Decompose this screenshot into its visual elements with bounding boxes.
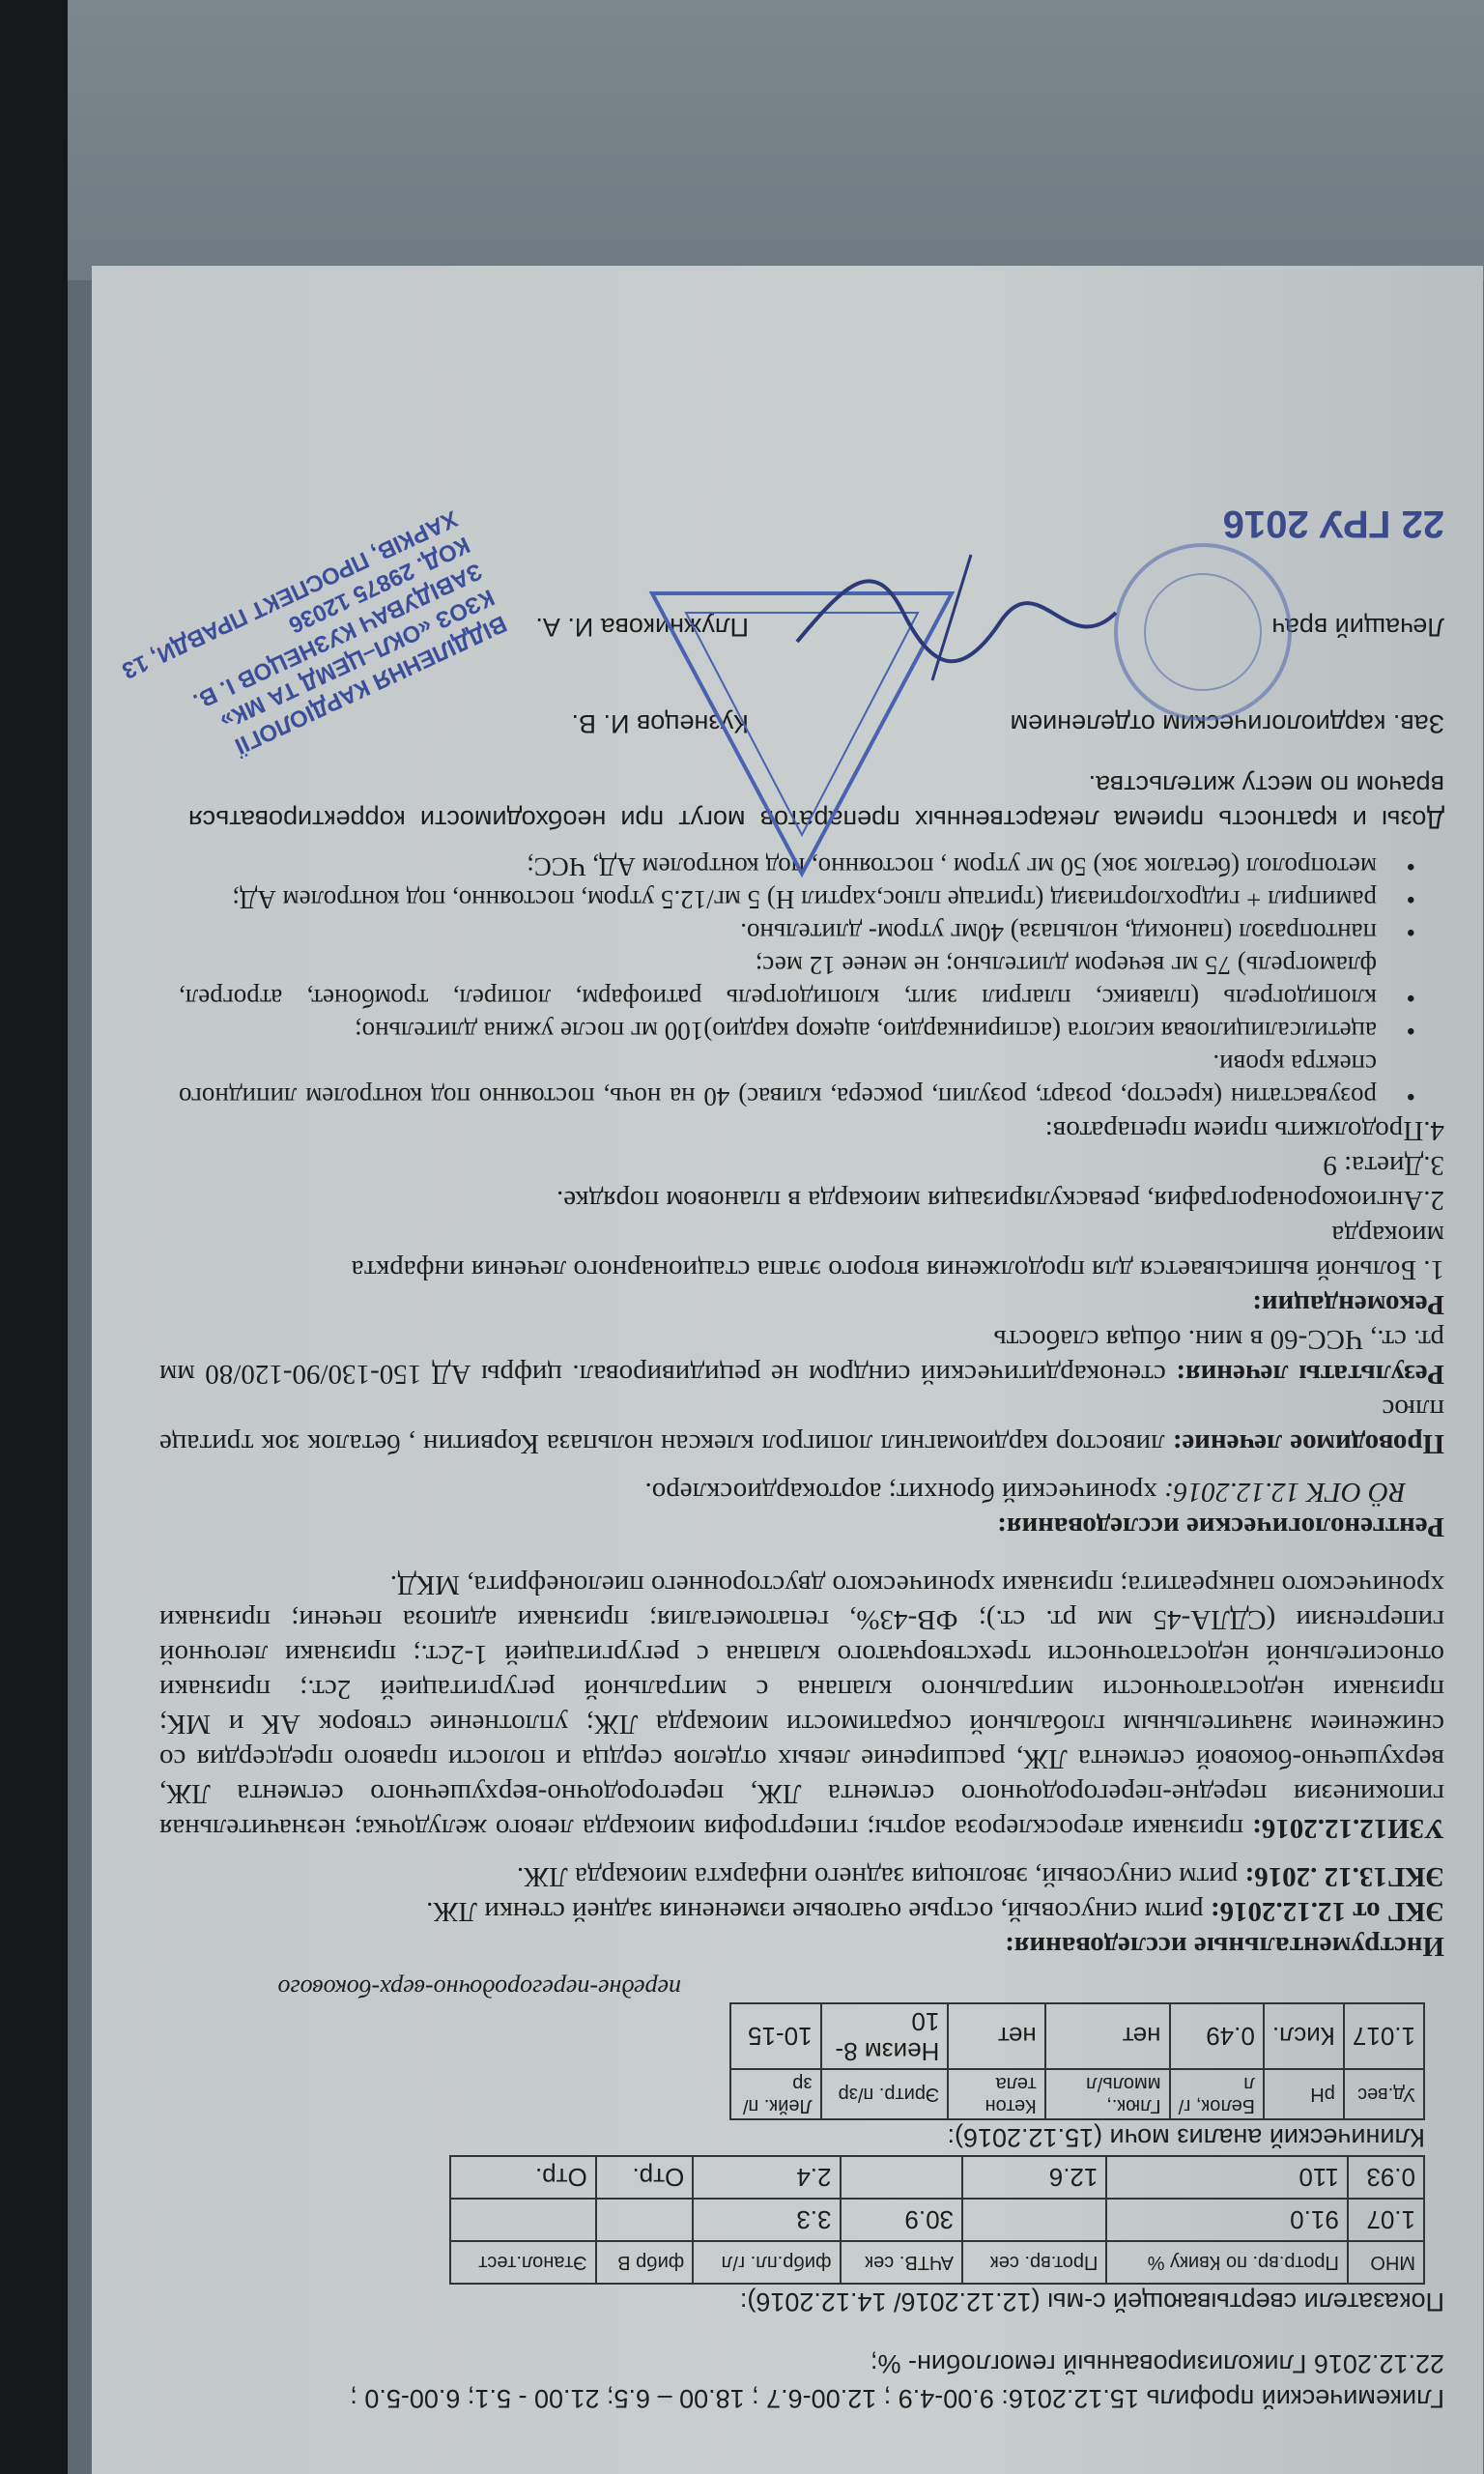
table-header-cell: pH bbox=[1264, 2069, 1344, 2119]
recommendations-list: 1. Больной выписывается для продолжения … bbox=[130, 1113, 1444, 1287]
table-cell: Отр. bbox=[450, 2156, 596, 2199]
stamp-date: 22 ГРУ 2016 bbox=[1223, 502, 1444, 545]
table-cell: 1.07 bbox=[1348, 2199, 1424, 2241]
table-header-cell: Прот.вр. сек bbox=[962, 2241, 1106, 2284]
urine-table: Уд.весpHБелок, г/лГлюк., ммоль/лКетон те… bbox=[729, 2002, 1425, 2120]
table-header-cell: Протр.вр. по Квику % bbox=[1106, 2241, 1347, 2284]
table-header-cell: АЧТВ. сек bbox=[841, 2241, 963, 2284]
handwritten-note: передне-перегородочно-верх-бокового bbox=[278, 1973, 682, 2002]
coagulation-table: МНОПротр.вр. по Квику %Прот.вр. секАЧТВ.… bbox=[449, 2155, 1425, 2285]
signature-icon bbox=[778, 545, 1126, 700]
table-header-cell: Эритр. п/зр bbox=[821, 2069, 949, 2119]
table-cell: 91.0 bbox=[1106, 2199, 1347, 2241]
drug-item: пантопразол (панокид, нольпаза) 40мг утр… bbox=[179, 916, 1444, 949]
round-stamp-icon bbox=[1106, 535, 1299, 729]
table-cell: 12.6 bbox=[962, 2156, 1106, 2199]
table-cell: 110 bbox=[1106, 2156, 1347, 2199]
xray-result: RÖ ОГК 12.12.2016: хронический бронхит; … bbox=[130, 1475, 1444, 1510]
treatment: Проводимое лечение: ливостор кардиомагни… bbox=[159, 1392, 1444, 1461]
background-surface bbox=[68, 0, 1484, 280]
table-cell: 1.017 bbox=[1344, 2003, 1424, 2069]
xray-title: Рентгенологические исследования: bbox=[130, 1510, 1444, 1544]
table-header-cell: фибр В bbox=[596, 2241, 694, 2284]
recommendation-item: 3.Диета: 9 bbox=[237, 1148, 1444, 1183]
table-cell bbox=[596, 2199, 694, 2241]
table-cell: 30.9 bbox=[841, 2199, 963, 2241]
table-header-cell: Лейк. п/зр bbox=[730, 2069, 821, 2119]
table-cell: 3.3 bbox=[693, 2199, 840, 2241]
table-header-cell: Глюк., ммоль/л bbox=[1045, 2069, 1170, 2119]
ecg-1: ЭКГ от 12.12.2016: ритм синусовый, остры… bbox=[130, 1894, 1444, 1929]
instrumental-title: Инструментальные исследования: bbox=[130, 1929, 1444, 1964]
table-cell: 0.49 bbox=[1170, 2003, 1264, 2069]
table-cell bbox=[841, 2156, 963, 2199]
table-cell: 0.93 bbox=[1348, 2156, 1424, 2199]
table-cell bbox=[962, 2199, 1106, 2241]
table-header-cell: фибр.пл. г/л bbox=[693, 2241, 840, 2284]
urine-title: Клинический анализ мочи (15.12.2016): bbox=[130, 2120, 1425, 2155]
table-header-cell: Этанол.тест bbox=[450, 2241, 596, 2284]
hba1c: 22.12.2016 Гликолизированный гемоглобин-… bbox=[130, 2346, 1444, 2381]
ecg-2: ЭКГ13.12 .2016: ритм синусовый, эволюция… bbox=[130, 1859, 1444, 1894]
drug-list: розувастатин (крестор, розарт, розулип, … bbox=[130, 850, 1444, 1113]
table-cell bbox=[450, 2199, 596, 2241]
glycemic-profile: Гликемический профиль 15.12.2016: 9.00-4… bbox=[130, 2381, 1444, 2416]
drug-item: рамиприл + гидрохлортиазид (тритаце плюс… bbox=[179, 883, 1444, 916]
table-cell: Кисл. bbox=[1264, 2003, 1344, 2069]
signature-block: Зав. кардиологическим отделением Кузнецо… bbox=[130, 487, 1444, 738]
drug-item: ацетилсалициловая кислота (аспиринкардио… bbox=[179, 1015, 1444, 1048]
coagulation-title: Показатели свертывающей с-мы (12.12.2016… bbox=[130, 2285, 1444, 2319]
table-header-cell: Белок, г/л bbox=[1170, 2069, 1264, 2119]
echo: УЗИ12.12.2016: признаки атеросклероза ао… bbox=[159, 1568, 1444, 1846]
table-header-cell: Уд.вес bbox=[1344, 2069, 1424, 2119]
recommendation-item: 4.Продолжить прием препаратов: bbox=[237, 1113, 1444, 1148]
recommendations-title: Рекомендации: bbox=[130, 1287, 1444, 1322]
table-header-cell: Кетон тела bbox=[948, 2069, 1044, 2119]
table-cell: нет bbox=[948, 2003, 1044, 2069]
table-cell: Неизм 8-10 bbox=[821, 2003, 949, 2069]
recommendation-item: 1. Больной выписывается для продолжения … bbox=[237, 1218, 1444, 1287]
department-stamp: ВІДДІЛЕННЯ КАРДІОЛОГІЇКЗОЗ «ОКЛ–ЦЕМД ТА … bbox=[117, 503, 511, 791]
background-edge bbox=[0, 0, 68, 2474]
recommendation-item: 2.Ангиокоронарография, реваскуляризация … bbox=[237, 1183, 1444, 1218]
drug-item: клопидогрель (плавикс, плагрил зилт, кло… bbox=[179, 949, 1444, 1015]
table-header-cell: МНО bbox=[1348, 2241, 1424, 2284]
table-cell: 2.4 bbox=[693, 2156, 840, 2199]
results: Результаты лечения: стенокардитический с… bbox=[159, 1322, 1444, 1392]
table-cell: Отр. bbox=[596, 2156, 694, 2199]
table-cell: 10-15 bbox=[730, 2003, 821, 2069]
drug-item: розувастатин (крестор, розарт, розулип, … bbox=[179, 1048, 1444, 1113]
table-cell: нет bbox=[1045, 2003, 1170, 2069]
discharge-document: Гликемический профиль 15.12.2016: 9.00-4… bbox=[92, 266, 1483, 2474]
